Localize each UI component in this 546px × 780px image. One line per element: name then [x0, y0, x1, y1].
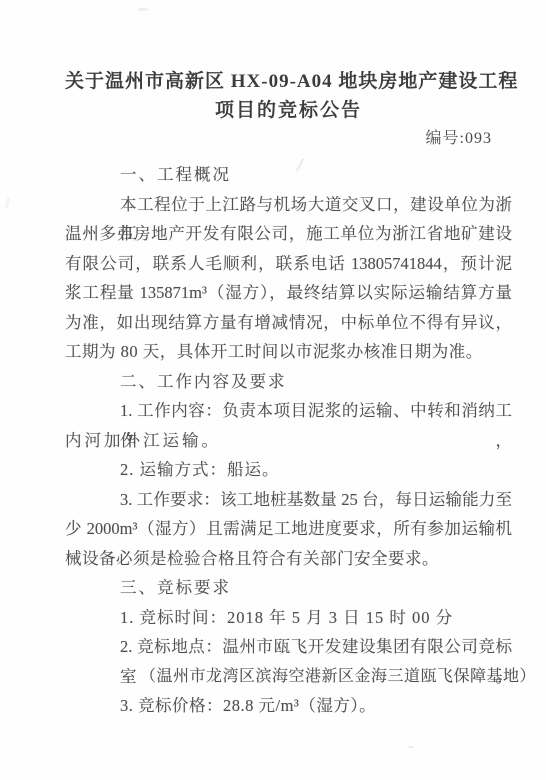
section-2-item-3-line: 3. 工作要求：该工地桩基数量 25 台，每日运输能力至: [65, 485, 512, 515]
scan-artifact: [408, 746, 414, 748]
section-1-paragraph-line: 有限公司，联系人毛顺利，联系电话 13805741844，预计泥: [65, 249, 512, 279]
section-1-paragraph-line: 温州多弗房地产开发有限公司，施工单位为浙江省地矿建设: [65, 219, 512, 249]
section-1-paragraph-line: 为准，如出现结算方量有增减情况，中标单位不得有异议，: [65, 308, 512, 338]
scanned-document-page: 关于温州市高新区 HX-09-A04 地块房地产建设工程 项目的竞标公告 编号:…: [0, 0, 546, 780]
section-1-paragraph-line: 本工程位于上江路与机场大道交叉口，建设单位为浙江: [65, 190, 512, 220]
section-3-item-2-line: 2. 竞标地点：温州市瓯飞开发建设集团有限公司竞标室。: [65, 632, 512, 662]
document-title-line2: 项目的竞标公告: [65, 96, 512, 126]
scan-artifact: [138, 8, 148, 11]
section-3-heading: 三、竞标要求: [65, 573, 512, 603]
section-3-item-3-line: 3. 竞标价格：28.8 元/m³（湿方）。: [65, 691, 512, 721]
section-2-item-3-line: 械设备必须是检验合格且符合有关部门安全要求。: [65, 544, 512, 574]
section-1-paragraph-line: 工期为 80 天，具体开工时间以市泥浆办核准日期为准。: [65, 337, 512, 367]
document-number: 编号:093: [65, 126, 512, 152]
section-2-item-3-line: 少 2000m³（湿方）且需满足工地进度要求，所有参加运输机: [65, 514, 512, 544]
section-3-item-1-line: 1. 竞标时间：2018 年 5 月 3 日 15 时 00 分: [65, 603, 512, 633]
document-body: 一、工程概况 本工程位于上江路与机场大道交叉口，建设单位为浙江 温州多弗房地产开…: [65, 160, 512, 721]
section-2-item-2-line: 2. 运输方式：船运。: [65, 455, 512, 485]
section-2-item-1-line: 1. 工作内容：负责本项目泥浆的运输、中转和消纳工作，: [65, 396, 512, 426]
section-1-paragraph-line: 浆工程量 135871m³（湿方），最终结算以实际运输结算方量: [65, 278, 512, 308]
document-title-line1: 关于温州市高新区 HX-09-A04 地块房地产建设工程: [65, 68, 512, 96]
section-1-heading: 一、工程概况: [65, 160, 512, 190]
scan-artifact: [5, 198, 10, 208]
section-2-heading: 二、工作内容及要求: [65, 367, 512, 397]
